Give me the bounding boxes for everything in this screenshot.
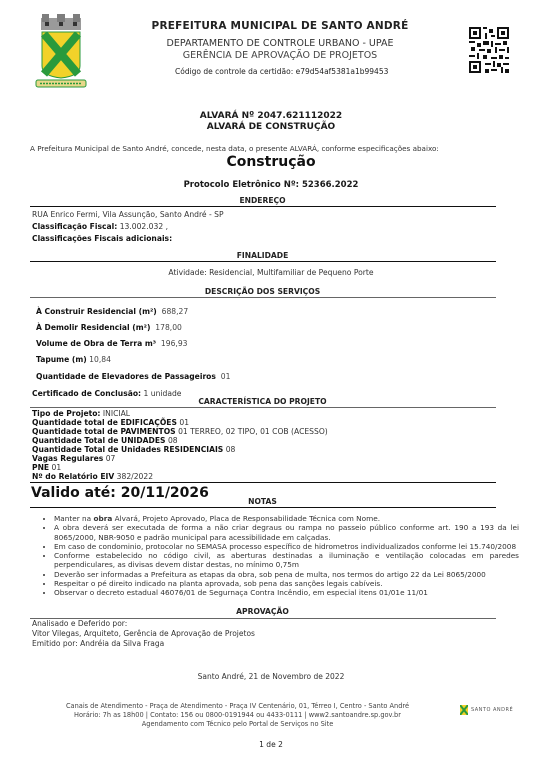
note-item: Conforme estabelecido no código civil, a… xyxy=(54,551,519,570)
issue-date: Santo André, 21 de Novembro de 2022 xyxy=(0,672,542,681)
fiscal-extra-label: Classificações Fiscais adicionais: xyxy=(32,234,172,243)
project-item: Quantidade total de PAVIMENTOS 01 TERREO… xyxy=(32,427,328,436)
fiscal-label: Classificação Fiscal: xyxy=(32,222,117,231)
project-item: Nº do Relatório EIV 382/2022 xyxy=(32,472,153,481)
section-heading-servicos: DESCRIÇÃO DOS SERVIÇOS xyxy=(30,287,495,296)
project-item: Quantidade total de EDIFICAÇÕES 01 xyxy=(32,418,189,427)
page-number: 1 de 2 xyxy=(0,740,542,749)
address: RUA Enrico Fermi, Vila Assunção, Santo A… xyxy=(32,210,224,219)
permit-category: Construção xyxy=(0,154,542,170)
service-item: Volume de Obra de Terra m³ 196,93 xyxy=(36,339,187,348)
divider xyxy=(30,507,496,508)
notes-list: Manter na obra Alvará, Projeto Aprovado,… xyxy=(40,514,519,598)
project-item: Quantidade Total de Unidades RESIDENCIAI… xyxy=(32,445,235,454)
note-item: Deverão ser informadas a Prefeitura as e… xyxy=(54,570,519,579)
footer-line: Agendamento com Técnico pelo Portal de S… xyxy=(60,720,415,728)
project-item: Vagas Regulares 07 xyxy=(32,454,115,463)
coat-of-arms-icon xyxy=(33,14,89,90)
service-item: Tapume (m) 10,84 xyxy=(36,355,111,364)
header-title: PREFEITURA MUNICIPAL DE SANTO ANDRÉ xyxy=(130,20,430,32)
permit-type: ALVARÁ DE CONSTRUÇÃO xyxy=(0,122,542,132)
approval-line: Analisado e Deferido por: xyxy=(32,619,127,628)
divider xyxy=(30,407,496,408)
note-item: Observar o decreto estadual 46076/01 de … xyxy=(54,588,519,597)
footer-logo: SANTO ANDRÉ xyxy=(460,705,513,715)
note-item: Em caso de condominio, protocolar no SEM… xyxy=(54,542,519,551)
project-item: Tipo de Projeto: INICIAL xyxy=(32,409,130,418)
section-heading-notas: NOTAS xyxy=(30,497,495,506)
fiscal-classification: Classificação Fiscal: 13.002.032 , xyxy=(32,222,168,231)
approval-line: Vitor Vilegas, Arquiteto, Gerência de Ap… xyxy=(32,629,255,638)
header-division: GERÊNCIA DE APROVAÇÃO DE PROJETOS xyxy=(130,50,430,61)
section-heading-finalidade: FINALIDADE xyxy=(30,251,495,260)
footer-line: Canais de Atendimento - Praça de Atendim… xyxy=(60,702,415,710)
footer-line: Horário: 7h as 18h00 | Contato: 156 ou 0… xyxy=(60,711,415,719)
qr-code-icon xyxy=(467,25,511,75)
divider xyxy=(30,206,496,207)
approval-line: Emitido por: Andréia da Silva Fraga xyxy=(32,639,164,648)
permit-intro: A Prefeitura Municipal de Santo André, c… xyxy=(30,144,439,153)
divider xyxy=(30,261,496,262)
service-item: À Construir Residencial (m²) 688,27 xyxy=(36,307,188,316)
divider xyxy=(30,482,496,483)
project-item: Quantidade Total de UNIDADES 08 xyxy=(32,436,178,445)
section-heading-aprovacao: APROVAÇÃO xyxy=(30,607,495,616)
protocol-number: Protocolo Eletrônico Nº: 52366.2022 xyxy=(0,180,542,190)
project-item: PNE 01 xyxy=(32,463,61,472)
note-item: A obra deverá ser executada de forma a n… xyxy=(54,523,519,542)
permit-number: ALVARÁ Nº 2047.621112022 xyxy=(0,111,542,121)
section-heading-projeto: CARACTERÍSTICA DO PROJETO xyxy=(30,397,495,406)
control-code: Código de controle da certidão: e79d54af… xyxy=(175,67,415,76)
service-item: Quantidade de Elevadores de Passageiros … xyxy=(36,372,230,381)
footer-logo-text: SANTO ANDRÉ xyxy=(471,707,513,713)
section-heading-endereco: ENDEREÇO xyxy=(30,196,495,205)
header-department: DEPARTAMENTO DE CONTROLE URBANO - UPAE xyxy=(130,38,430,49)
fiscal-value: 13.002.032 , xyxy=(120,222,168,231)
finalidade-text: Atividade: Residencial, Multifamiliar de… xyxy=(0,268,542,277)
mini-shield-icon xyxy=(460,705,468,715)
service-item: À Demolir Residencial (m²) 178,00 xyxy=(36,323,182,332)
divider xyxy=(30,297,496,298)
note-item: Respeitar o pé direito indicado na plant… xyxy=(54,579,519,588)
note-item: Manter na obra Alvará, Projeto Aprovado,… xyxy=(54,514,519,523)
